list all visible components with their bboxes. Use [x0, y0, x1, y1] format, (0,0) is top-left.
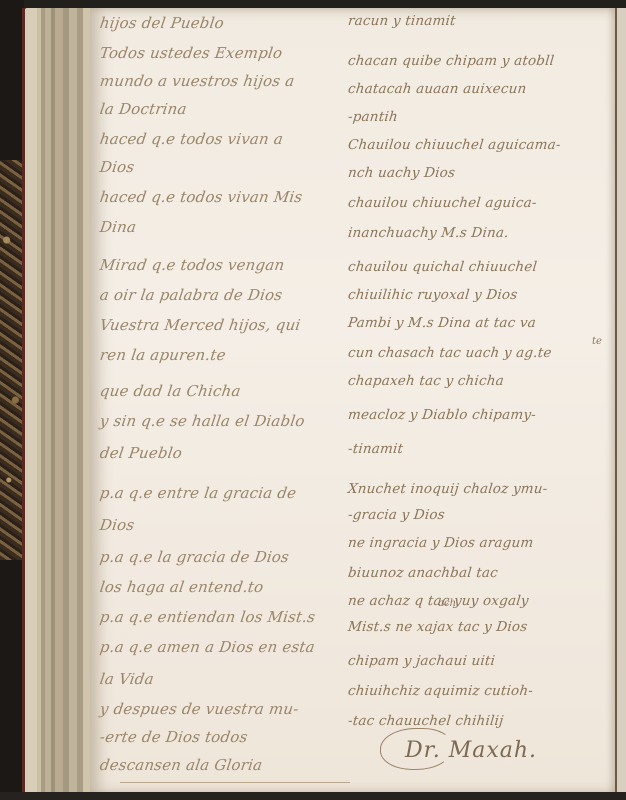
- right-line: nch uachy Dios: [347, 162, 456, 184]
- left-line: y despues de vuestra mu-: [98, 698, 300, 720]
- left-line: Todos ustedes Exemplo: [98, 42, 283, 64]
- left-line: la Vida: [98, 668, 155, 690]
- left-line: Dios: [98, 514, 135, 536]
- underline-rule: [120, 782, 350, 783]
- right-line: -tinamit: [347, 438, 405, 460]
- right-line: Chauilou chiuuchel aguicama-: [347, 134, 562, 156]
- superscript-annotation: ach: [438, 598, 456, 609]
- left-line: -erte de Dios todos: [98, 726, 249, 748]
- right-line: biuunoz anachbal tac: [347, 562, 499, 584]
- signature: Dr. Maxah.: [405, 738, 537, 763]
- left-line: ren la apuren.te: [98, 344, 227, 366]
- left-line: haced q.e todos vivan a: [98, 128, 284, 150]
- left-line: Mirad q.e todos vengan: [98, 254, 286, 276]
- left-line: a oir la palabra de Dios: [98, 284, 283, 306]
- left-line: Vuestra Merced hijos, qui: [98, 314, 302, 336]
- left-line: p.a q.e entre la gracia de: [98, 482, 297, 504]
- page-stack-edges: [25, 8, 93, 794]
- right-line: racun y tinamit: [347, 10, 457, 32]
- right-line: ne ingracia y Dios aragum: [347, 532, 535, 554]
- left-line: p.a q.e amen a Dios en esta: [98, 636, 316, 658]
- right-line: inanchuachy M.s Dina.: [347, 222, 510, 244]
- superscript-annotation: te: [592, 336, 602, 347]
- book-cover-bottom: [0, 792, 626, 800]
- page-right-edge: [615, 8, 626, 794]
- right-line: Pambi y M.s Dina at tac va: [347, 312, 537, 334]
- right-line: Xnuchet inoquij chaloz ymu-: [347, 478, 549, 500]
- right-line: -pantih: [347, 106, 399, 128]
- left-line: la Doctrina: [98, 98, 188, 120]
- right-line: chapaxeh tac y chicha: [347, 370, 505, 392]
- left-line: hijos del Pueblo: [98, 12, 225, 34]
- left-line: los haga al entend.to: [98, 576, 265, 598]
- marbled-endpaper: [0, 160, 22, 560]
- left-line: haced q.e todos vivan Mis: [98, 186, 303, 208]
- right-line: -gracia y Dios: [347, 504, 446, 526]
- left-line: Dios: [98, 156, 135, 178]
- left-line: p.a q.e la gracia de Dios: [98, 546, 290, 568]
- right-line: chipam y jachaui uiti: [347, 650, 496, 672]
- right-line: chiuihchiz aquimiz cutioh-: [347, 680, 534, 702]
- right-line: chauilou chiuuchel aguica-: [347, 192, 538, 214]
- right-line: cun chasach tac uach y ag.te: [347, 342, 553, 364]
- left-line: del Pueblo: [98, 442, 183, 464]
- left-line: y sin q.e se halla el Diablo: [98, 410, 306, 432]
- left-line: Dina: [98, 216, 137, 238]
- right-line: Mist.s ne xajax tac y Dios: [347, 616, 529, 638]
- left-line: mundo a vuestros hijos a: [98, 70, 296, 92]
- right-line: chacan quibe chipam y atobll: [347, 50, 556, 72]
- left-line: p.a q.e entiendan los Mist.s: [98, 606, 316, 628]
- right-line: chauilou quichal chiuuchel: [347, 256, 538, 278]
- left-line: descansen ala Gloria: [98, 754, 263, 776]
- right-line: chiuilihic ruyoxal y Dios: [347, 284, 519, 306]
- right-line: chatacah auaan auixecun: [347, 78, 528, 100]
- left-line: que dad la Chicha: [98, 380, 242, 402]
- right-line: meacloz y Diablo chipamy-: [347, 404, 537, 426]
